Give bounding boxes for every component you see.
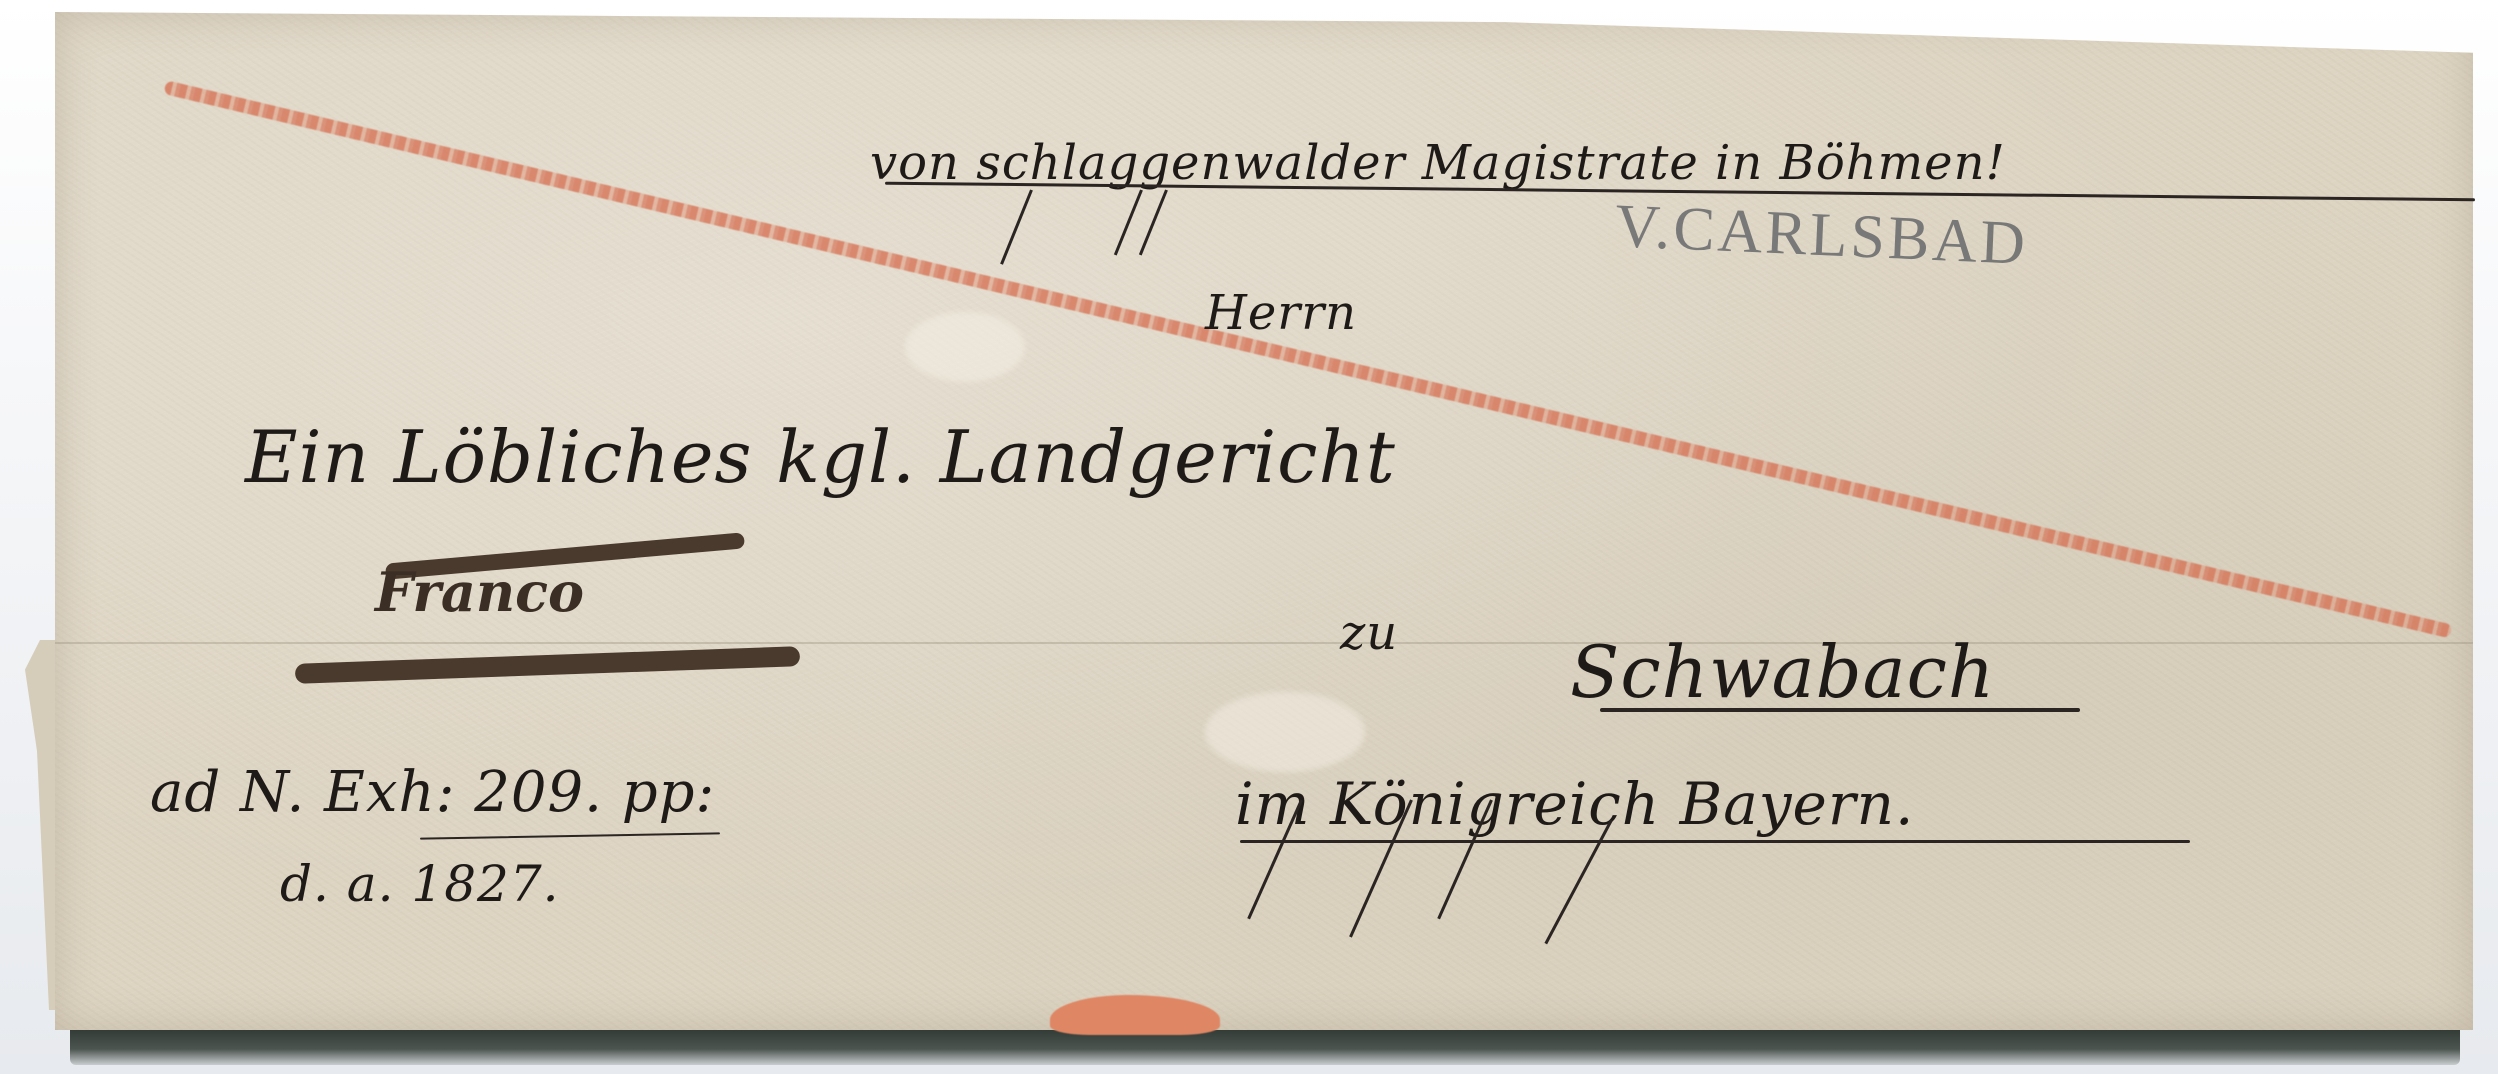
- address-region: im Königreich Bayern.: [1235, 770, 1914, 838]
- paper-crease: [1205, 692, 1365, 772]
- address-prefix: zu: [1340, 605, 1398, 661]
- reference-line2: d. a. 1827.: [280, 855, 560, 913]
- address-line1: Ein Löbliches kgl. Landgericht: [245, 415, 1396, 499]
- reference-line1: ad N. Exh: 209. pp:: [150, 760, 715, 825]
- region-underline: [1240, 840, 2190, 843]
- cover-shadow: [70, 1025, 2460, 1065]
- city-underline: [1600, 708, 2080, 712]
- fold-line: [55, 642, 2473, 644]
- franco-mark: Franco: [375, 560, 584, 624]
- address-city: Schwabach: [1570, 630, 1995, 714]
- paper-crease: [905, 312, 1025, 382]
- salutation: Herrn: [1205, 285, 1357, 341]
